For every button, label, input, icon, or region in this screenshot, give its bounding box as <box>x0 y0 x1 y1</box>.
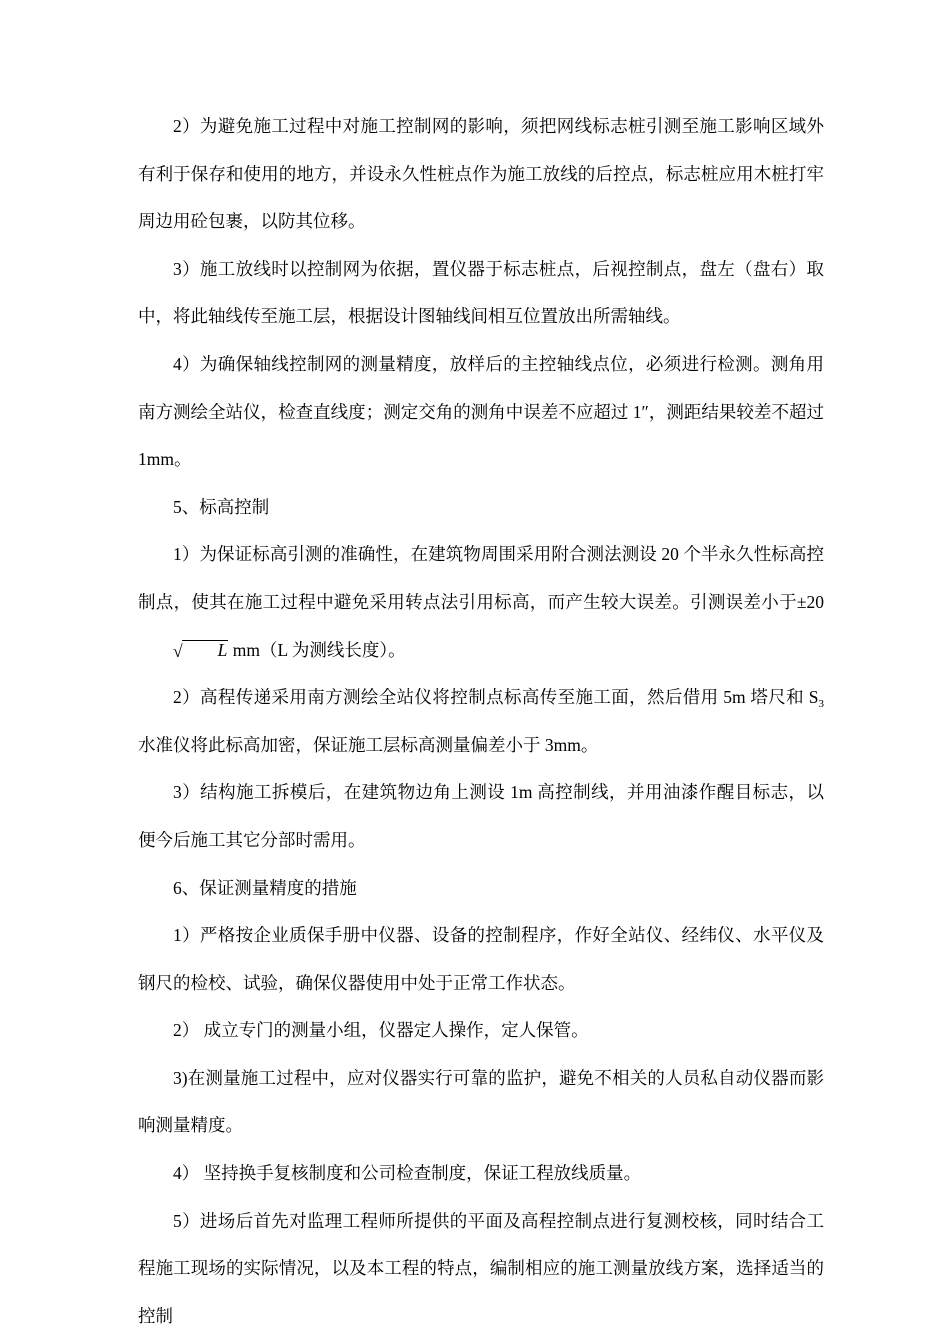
subscript-text: 3 <box>819 698 825 710</box>
document-body: 2）为避免施工过程中对施工控制网的影响，须把网线标志桩引测至施工影响区域外有利于… <box>138 103 824 1340</box>
paragraph: 5）进场后首先对监理工程师所提供的平面及高程控制点进行复测校核，同时结合工程施工… <box>138 1198 824 1341</box>
sqrt-expression: √L <box>138 640 228 660</box>
radicand-text: L <box>182 640 229 659</box>
paragraph: 2） 成立专门的测量小组，仪器定人操作，定人保管。 <box>138 1007 824 1055</box>
text-run: 水准仪将此标高加密，保证施工层标高测量偏差小于 3mm。 <box>138 735 598 755</box>
text-run: 2）高程传递采用南方测绘全站仪将控制点标高传至施工面，然后借用 5m 塔尺和 S <box>173 687 819 707</box>
text-run: 2） 成立专门的测量小组，仪器定人操作，定人保管。 <box>173 1020 589 1040</box>
document-page: 2）为避免施工过程中对施工控制网的影响，须把网线标志桩引测至施工影响区域外有利于… <box>0 0 950 1344</box>
paragraph: 1）为保证标高引测的准确性，在建筑物周围采用附合测法测设 20 个半永久性标高控… <box>138 531 824 674</box>
text-run: 5）进场后首先对监理工程师所提供的平面及高程控制点进行复测校核，同时结合工程施工… <box>138 1211 824 1326</box>
paragraph: 5、标高控制 <box>138 484 824 532</box>
text-run: 6、保证测量精度的措施 <box>173 878 357 898</box>
radical-sign-icon: √ <box>138 628 183 676</box>
paragraph: 3）施工放线时以控制网为依据，置仪器于标志桩点，后视控制点，盘左（盘右）取中，将… <box>138 246 824 341</box>
paragraph: 4） 坚持换手复核制度和公司检查制度，保证工程放线质量。 <box>138 1150 824 1198</box>
text-run: 3）施工放线时以控制网为依据，置仪器于标志桩点，后视控制点，盘左（盘右）取中，将… <box>138 259 824 327</box>
paragraph: 2）为避免施工过程中对施工控制网的影响，须把网线标志桩引测至施工影响区域外有利于… <box>138 103 824 246</box>
paragraph: 1）严格按企业质保手册中仪器、设备的控制程序，作好全站仪、经纬仪、水平仪及钢尺的… <box>138 912 824 1007</box>
text-run: 4） 坚持换手复核制度和公司检查制度，保证工程放线质量。 <box>173 1163 641 1183</box>
text-run: 5、标高控制 <box>173 497 269 517</box>
text-run: 3）结构施工拆模后，在建筑物边角上测设 1m 高控制线，并用油漆作醒目标志，以便… <box>138 782 824 850</box>
paragraph: 4）为确保轴线控制网的测量精度，放样后的主控轴线点位，必须进行检测。测角用南方测… <box>138 341 824 484</box>
text-run: 3)在测量施工过程中，应对仪器实行可靠的监护，避免不相关的人员私自动仪器而影响测… <box>138 1068 824 1136</box>
paragraph: 2）高程传递采用南方测绘全站仪将控制点标高传至施工面，然后借用 5m 塔尺和 S… <box>138 674 824 769</box>
text-run: 4）为确保轴线控制网的测量精度，放样后的主控轴线点位，必须进行检测。测角用南方测… <box>138 354 824 469</box>
paragraph: 3）结构施工拆模后，在建筑物边角上测设 1m 高控制线，并用油漆作醒目标志，以便… <box>138 769 824 864</box>
text-run: 1）为保证标高引测的准确性，在建筑物周围采用附合测法测设 20 个半永久性标高控… <box>138 544 824 612</box>
text-run: 1）严格按企业质保手册中仪器、设备的控制程序，作好全站仪、经纬仪、水平仪及钢尺的… <box>138 925 824 993</box>
text-run: mm（L 为测线长度）。 <box>228 640 405 660</box>
text-run: 2）为避免施工过程中对施工控制网的影响，须把网线标志桩引测至施工影响区域外有利于… <box>138 116 824 231</box>
paragraph: 6、保证测量精度的措施 <box>138 865 824 913</box>
paragraph: 3)在测量施工过程中，应对仪器实行可靠的监护，避免不相关的人员私自动仪器而影响测… <box>138 1055 824 1150</box>
